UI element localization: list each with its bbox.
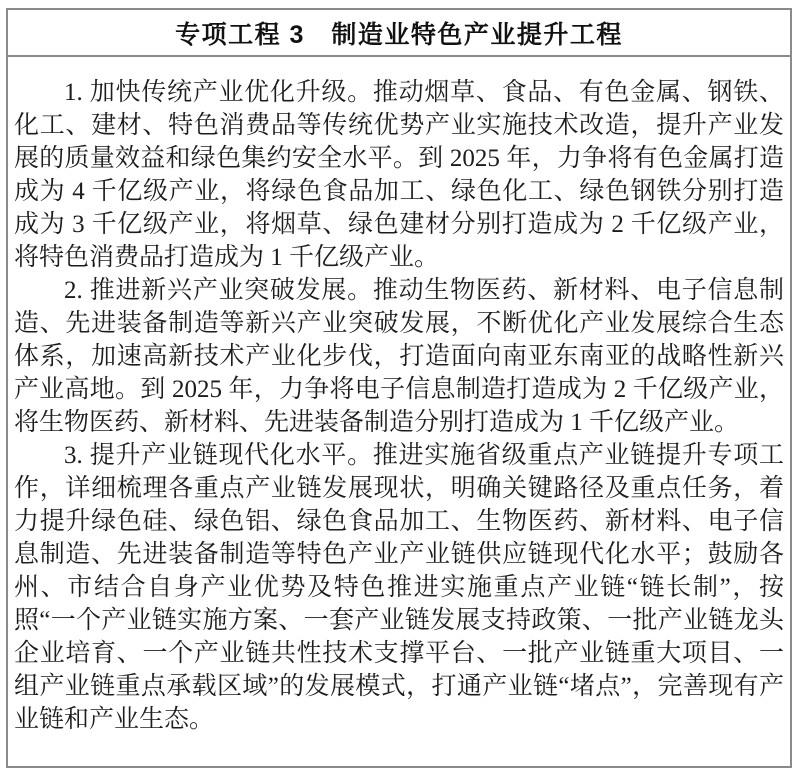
box-header: 专项工程 3 制造业特色产业提升工程 (8, 10, 790, 57)
document-page: 专项工程 3 制造业特色产业提升工程 1. 加快传统产业优化升级。推动烟草、食品… (0, 0, 800, 777)
box-body: 1. 加快传统产业优化升级。推动烟草、食品、有色金属、钢铁、化工、建材、特色消费… (8, 57, 790, 736)
box-title: 专项工程 3 制造业特色产业提升工程 (175, 15, 623, 51)
paragraph-industry-chain-modernization: 3. 提升产业链现代化水平。推进实施省级重点产业链提升专项工作，详细梳理各重点产… (14, 439, 784, 736)
paragraph-emerging-industry-breakthrough: 2. 推进新兴产业突破发展。推动生物医药、新材料、电子信息制造、先进装备制造等新… (14, 274, 784, 439)
special-project-callout-box: 专项工程 3 制造业特色产业提升工程 1. 加快传统产业优化升级。推动烟草、食品… (6, 8, 792, 768)
paragraph-traditional-industry-upgrade: 1. 加快传统产业优化升级。推动烟草、食品、有色金属、钢铁、化工、建材、特色消费… (14, 76, 784, 274)
